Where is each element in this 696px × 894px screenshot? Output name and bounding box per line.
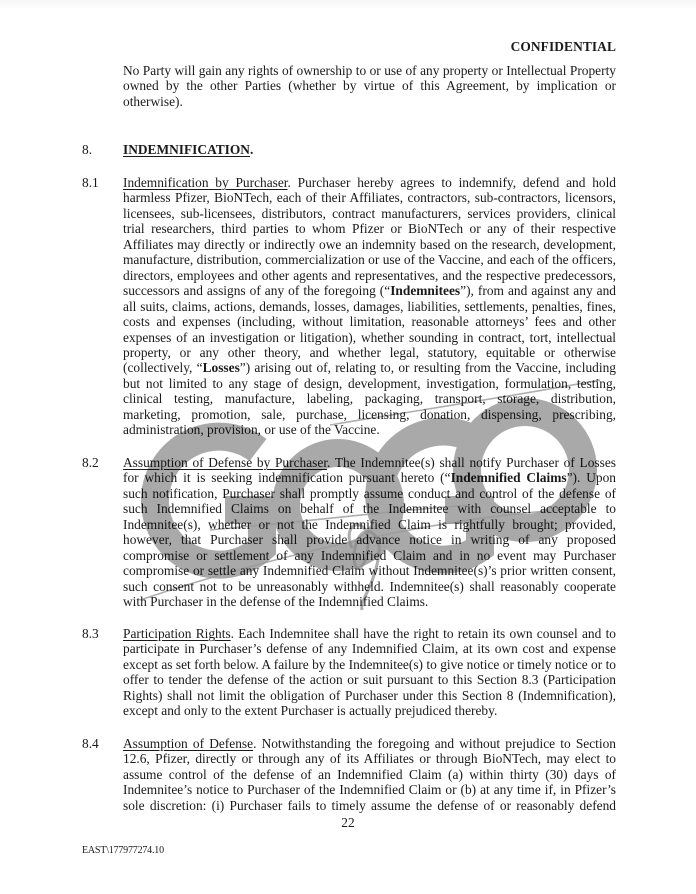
defined-term: Indemnified Claims bbox=[451, 470, 567, 485]
section-number: 8. bbox=[82, 142, 92, 158]
defined-term: Losses bbox=[203, 360, 240, 375]
confidential-header: CONFIDENTIAL bbox=[511, 39, 616, 55]
section-title: INDEMNIFICATION bbox=[123, 142, 250, 157]
clause-number-8-2: 8.2 bbox=[82, 455, 99, 471]
clause-8-1: Indemnification by Purchaser. Purchaser … bbox=[123, 175, 616, 438]
clause-heading: Indemnification by Purchaser bbox=[123, 175, 288, 190]
clause-heading: Assumption of Defense by Purchaser bbox=[123, 455, 327, 470]
clause-heading: Assumption of Defense bbox=[123, 736, 253, 751]
document-id: EAST\177977274.10 bbox=[82, 845, 164, 856]
section-title-period: . bbox=[250, 142, 253, 157]
clause-number-8-3: 8.3 bbox=[82, 626, 99, 642]
clause-text: . Purchaser hereby agrees to indemnify, … bbox=[123, 175, 616, 298]
clause-8-2: Assumption of Defense by Purchaser. The … bbox=[123, 455, 616, 610]
intro-paragraph: No Party will gain any rights of ownersh… bbox=[123, 63, 616, 109]
clause-8-4: Assumption of Defense. Notwithstanding t… bbox=[123, 736, 616, 813]
defined-term: Indemnitees bbox=[390, 283, 460, 298]
section-heading: INDEMNIFICATION. bbox=[123, 142, 253, 158]
clause-heading: Participation Rights bbox=[123, 626, 231, 641]
clause-text: ”). Upon such notification, Purchaser sh… bbox=[123, 470, 616, 609]
clause-number-8-1: 8.1 bbox=[82, 175, 99, 191]
clause-8-3: Participation Rights. Each Indemnitee sh… bbox=[123, 626, 616, 719]
clause-number-8-4: 8.4 bbox=[82, 736, 99, 752]
document-page: CONFIDENTIAL No Party will gain any righ… bbox=[0, 0, 696, 894]
page-number: 22 bbox=[0, 815, 696, 831]
